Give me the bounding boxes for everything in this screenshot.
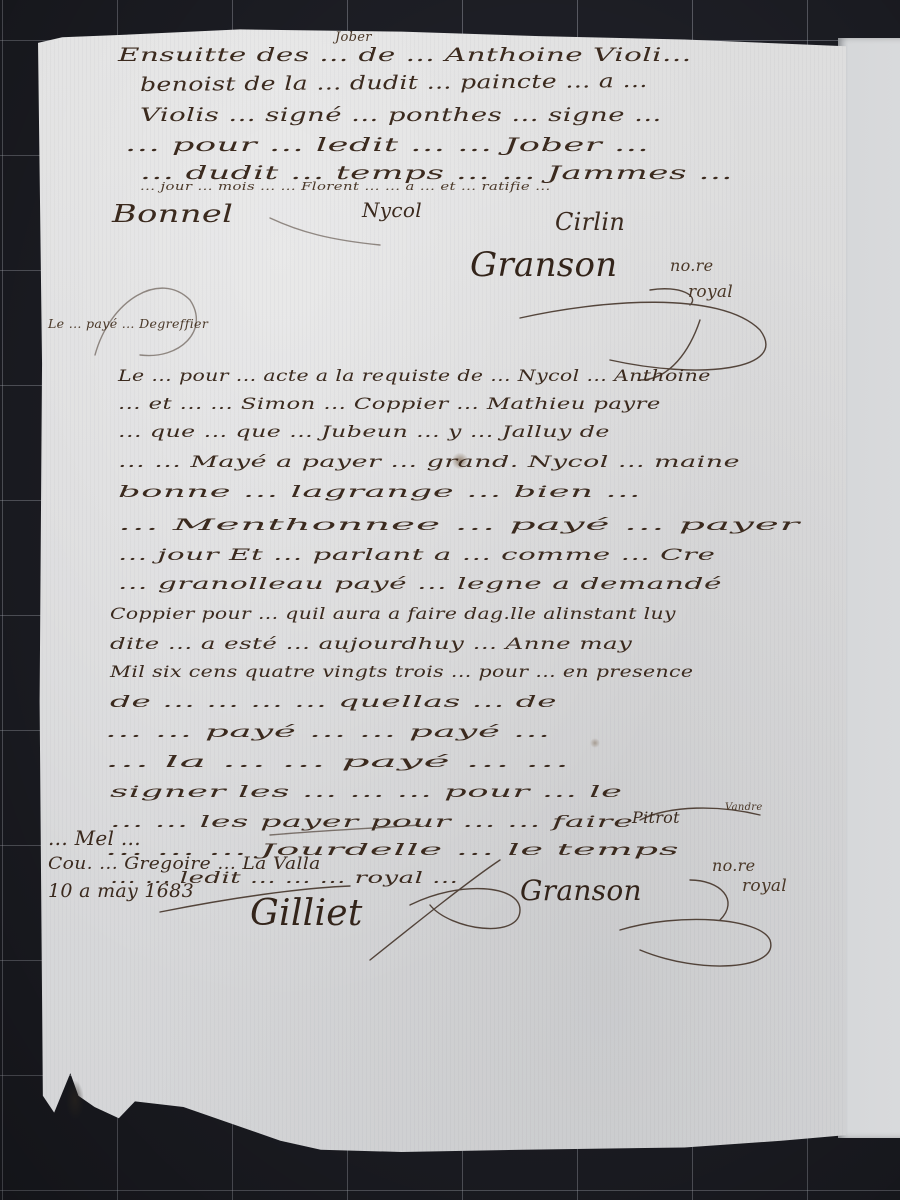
body-line-7: ... jour Et ... parlant a ... comme ... … [118, 545, 715, 564]
pen-flourishes [0, 0, 900, 1200]
body-line-9: Coppier pour ... quil aura a faire dag.l… [110, 604, 676, 623]
body-line-10: dite ... a esté ... aujourdhuy ... Anne … [110, 634, 632, 653]
body-line-16: ... ... les payer pour ... ... faire [110, 812, 634, 831]
closing-line-2: Cou. ... Gregoire ... La Valla [48, 854, 321, 874]
signature-gilliet: Gilliet [250, 893, 363, 934]
body-line-8: ... granolleau payé ... legne a demandé [118, 574, 722, 593]
body-line-14: ... la ... ... payé ... ... [105, 752, 570, 771]
body-line-1: Le ... pour ... acte a la requiste de ..… [118, 366, 711, 385]
body-line-11: Mil six cens quatre vingts trois ... pou… [110, 662, 693, 681]
signature-pitrot: Pitrot [632, 808, 680, 827]
body-line-13: ... ... payé ... ... payé ... [105, 722, 551, 741]
body-line-6: ... Menthonnee ... payé ... payer [118, 515, 800, 534]
notary-title-bottom-1: no.re [712, 856, 755, 875]
closing-line-1: ... Mel ... [48, 826, 141, 850]
body-line-2: ... et ... ... Simon ... Coppier ... Mat… [118, 394, 661, 413]
margin-note: Le ... payé ... Degreffier [48, 317, 208, 331]
closing-date: 10 a may 1683 [48, 880, 194, 902]
body-line-4: ... ... Mayé a payer ... grand. Nycol ..… [118, 452, 740, 471]
inserted-word: Vandre [725, 802, 763, 813]
notary-title-bottom-2: royal [742, 876, 787, 896]
body-line-3: ... que ... que ... Jubeun ... y ... Jal… [118, 422, 610, 441]
body-line-5: bonne ... lagrange ... bien ... [118, 482, 641, 501]
body-line-12: de ... ... ... ... quellas ... de [110, 692, 557, 711]
body-line-15: signer les ... ... ... pour ... le [110, 782, 623, 801]
signature-granson-bottom: Granson [520, 874, 642, 907]
